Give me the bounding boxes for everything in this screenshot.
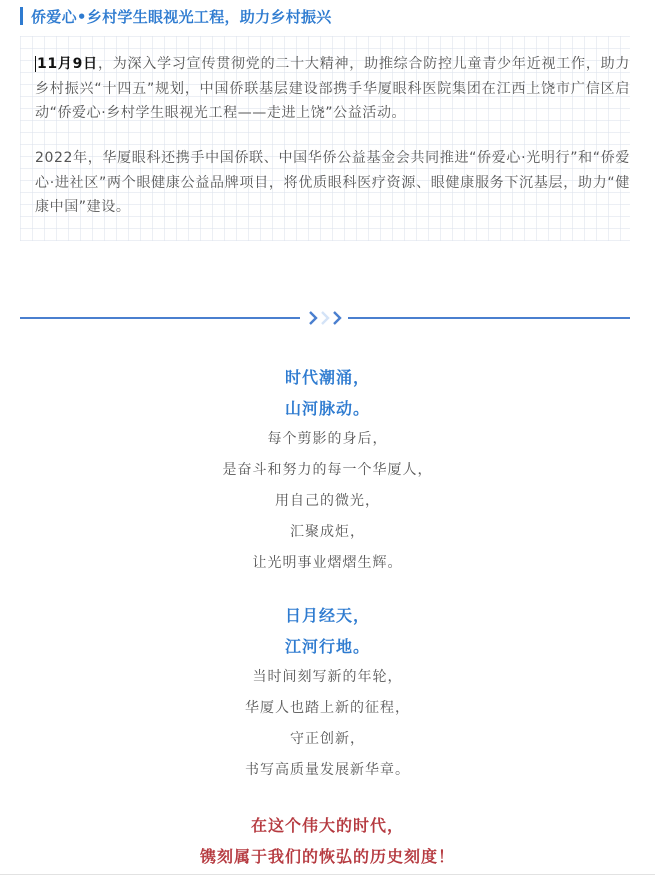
article-paragraph-1: 11月9日，为深入学习宣传贯彻党的二十大精神，助推综合防控儿童青少年近视工作，助… <box>35 52 630 126</box>
divider-line-left <box>20 317 300 319</box>
poem-stanza-2: 日月经天， 江河行地。 当时间刻写新的年轮， 华厦人也踏上新的征程， 守正创新，… <box>0 600 655 786</box>
article-body-block: 11月9日，为深入学习宣传贯彻党的二十大精神，助推综合防控儿童青少年近视工作，助… <box>20 36 630 241</box>
double-chevron-right-icon <box>305 307 345 329</box>
paragraph-1-text: ，为深入学习宣传贯彻党的二十大精神，助推综合防控儿童青少年近视工作，助力乡村振兴… <box>35 56 630 121</box>
divider-line-right <box>348 317 630 319</box>
closing-line: 在这个伟大的时代， <box>0 810 655 841</box>
poem-line: 华厦人也踏上新的征程， <box>0 693 655 724</box>
chevron-right-icon <box>331 308 343 328</box>
poem-line: 当时间刻写新的年轮， <box>0 662 655 693</box>
chevron-right-icon <box>307 308 319 328</box>
poem-line: 让光明事业熠熠生辉。 <box>0 548 655 579</box>
bottom-divider <box>0 874 655 875</box>
article-paragraph-2: 2022年，华厦眼科还携手中国侨联、中国华侨公益基金会共同推进“侨爱心·光明行”… <box>35 146 630 220</box>
stanza-heading: 时代潮涌， <box>0 362 655 393</box>
poem-closing: 在这个伟大的时代， 镌刻属于我们的恢弘的历史刻度！ <box>0 810 655 872</box>
stanza-heading: 日月经天， <box>0 600 655 631</box>
poem-line: 用自己的微光， <box>0 486 655 517</box>
poem-line: 每个剪影的身后， <box>0 424 655 455</box>
poem-line: 守正创新， <box>0 724 655 755</box>
poem-line: 书写高质量发展新华章。 <box>0 755 655 786</box>
event-date: 11月9日 <box>35 56 98 72</box>
section-title-text: 侨爱心•乡村学生眼视光工程，助力乡村振兴 <box>31 6 332 27</box>
article-section-title: 侨爱心•乡村学生眼视光工程，助力乡村振兴 <box>20 6 332 26</box>
poem-line: 汇聚成炬， <box>0 517 655 548</box>
chevron-right-icon <box>319 308 331 328</box>
closing-line: 镌刻属于我们的恢弘的历史刻度！ <box>0 841 655 872</box>
stanza-heading: 江河行地。 <box>0 631 655 662</box>
poem-line: 是奋斗和努力的每一个华厦人， <box>0 455 655 486</box>
poem-stanza-1: 时代潮涌， 山河脉动。 每个剪影的身后， 是奋斗和努力的每一个华厦人， 用自己的… <box>0 362 655 579</box>
title-accent-bar <box>20 7 23 25</box>
stanza-heading: 山河脉动。 <box>0 393 655 424</box>
